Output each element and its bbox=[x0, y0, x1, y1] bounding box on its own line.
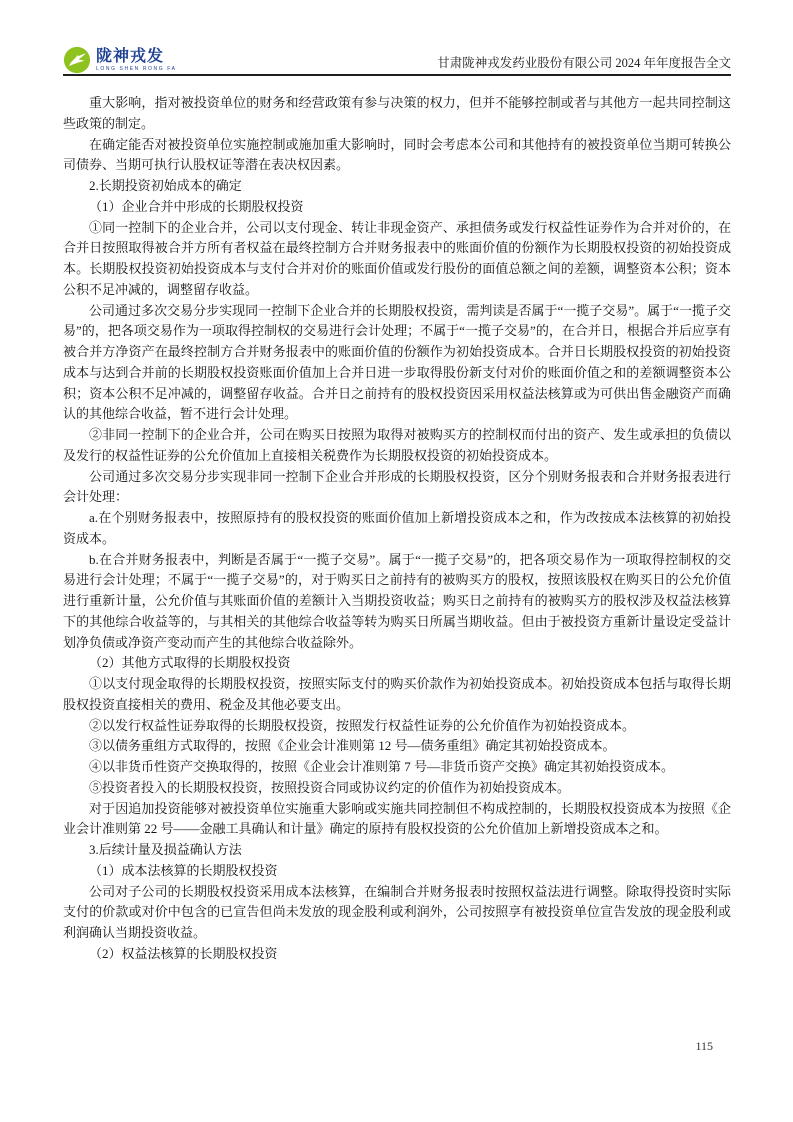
page-header: 陇神戎发 LONG SHEN RONG FA 甘肃陇神戎发药业股份有限公司 20… bbox=[63, 40, 731, 76]
section-heading: 3.后续计量及损益确认方法 bbox=[63, 840, 731, 861]
body-paragraph: 公司通过多次交易分步实现非同一控制下企业合并形成的长期股权投资，区分个别财务报表… bbox=[63, 467, 731, 509]
section-heading: 2.长期投资初始成本的确定 bbox=[63, 176, 731, 197]
subsection-heading: （2）其他方式取得的长期股权投资 bbox=[63, 653, 731, 674]
body-paragraph: ④以非货币性资产交换取得的，按照《企业会计准则第 7 号—非货币资产交换》确定其… bbox=[63, 757, 731, 778]
logo-brand-en: LONG SHEN RONG FA bbox=[96, 67, 177, 72]
body-paragraph: ①同一控制下的企业合并，公司以支付现金、转让非现金资产、承担债务或发行权益性证券… bbox=[63, 218, 731, 301]
company-logo: 陇神戎发 LONG SHEN RONG FA bbox=[63, 46, 177, 76]
document-page: 陇神戎发 LONG SHEN RONG FA 甘肃陇神戎发药业股份有限公司 20… bbox=[0, 0, 793, 1122]
body-paragraph: 对于因追加投资能够对被投资单位实施重大影响或实施共同控制但不构成控制的，长期股权… bbox=[63, 799, 731, 841]
body-paragraph: 公司通过多次交易分步实现同一控制下企业合并的长期股权投资，需判读是否属于“一揽子… bbox=[63, 301, 731, 426]
body-paragraph: b.在合并财务报表中，判断是否属于“一揽子交易”。属于“一揽子交易”的，把各项交… bbox=[63, 550, 731, 654]
subsection-heading: （2）权益法核算的长期股权投资 bbox=[63, 944, 731, 965]
bird-logo-icon bbox=[63, 46, 91, 74]
page-number: 115 bbox=[695, 1039, 713, 1054]
body-paragraph: ②以发行权益性证券取得的长期股权投资，按照发行权益性证券的公允价值作为初始投资成… bbox=[63, 716, 731, 737]
body-paragraph: ①以支付现金取得的长期股权投资，按照实际支付的购买价款作为初始投资成本。初始投资… bbox=[63, 674, 731, 716]
report-header-title: 甘肃陇神戎发药业股份有限公司 2024 年年度报告全文 bbox=[437, 53, 731, 76]
body-paragraph: a.在个别财务报表中，按照原持有的股权投资的账面价值加上新增投资成本之和，作为改… bbox=[63, 508, 731, 550]
document-body: 重大影响，指对被投资单位的财务和经营政策有参与决策的权力，但并不能够控制或者与其… bbox=[63, 93, 731, 965]
body-paragraph: ⑤投资者投入的长期股权投资，按照投资合同或协议约定的价值作为初始投资成本。 bbox=[63, 778, 731, 799]
body-paragraph: ③以债务重组方式取得的，按照《企业会计准则第 12 号—债务重组》确定其初始投资… bbox=[63, 736, 731, 757]
body-paragraph: 在确定能否对被投资单位实施控制或施加重大影响时，同时会考虑本公司和其他持有的被投… bbox=[63, 135, 731, 177]
logo-brand-cn: 陇神戎发 bbox=[96, 49, 177, 65]
subsection-heading: （1）企业合并中形成的长期股权投资 bbox=[63, 197, 731, 218]
body-paragraph: 公司对子公司的长期股权投资采用成本法核算，在编制合并财务报表时按照权益法进行调整… bbox=[63, 882, 731, 944]
body-paragraph: 重大影响，指对被投资单位的财务和经营政策有参与决策的权力，但并不能够控制或者与其… bbox=[63, 93, 731, 135]
subsection-heading: （1）成本法核算的长期股权投资 bbox=[63, 861, 731, 882]
logo-text: 陇神戎发 LONG SHEN RONG FA bbox=[96, 49, 177, 72]
body-paragraph: ②非同一控制下的企业合并，公司在购买日按照为取得对被购买方的控制权而付出的资产、… bbox=[63, 425, 731, 467]
header-divider bbox=[63, 74, 731, 76]
